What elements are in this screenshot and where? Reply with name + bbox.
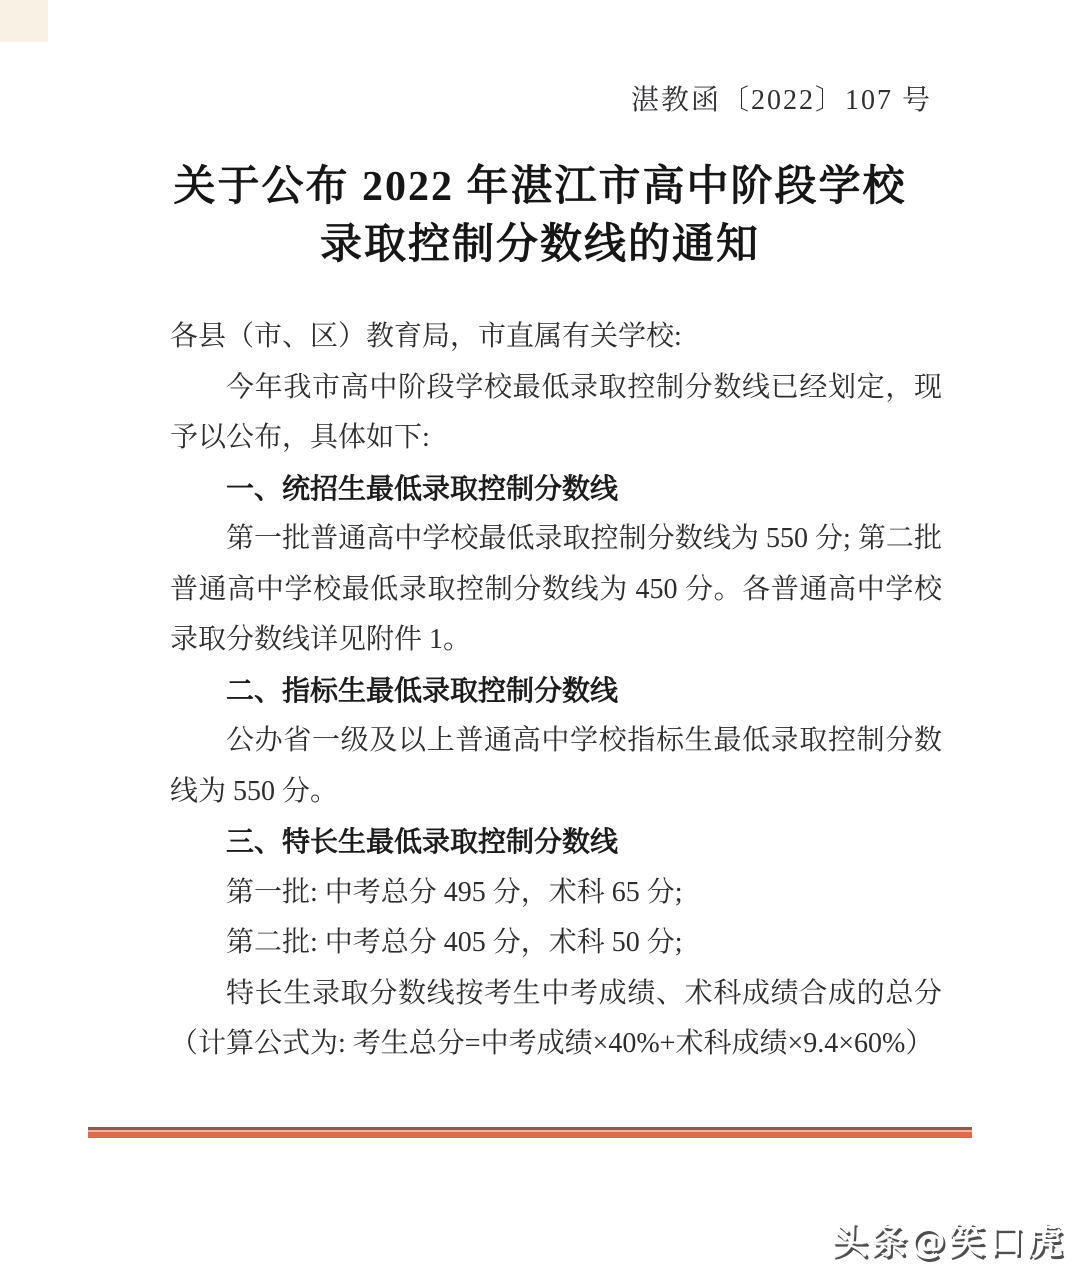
formula-paragraph: 特长生录取分数线按考生中考成绩、术科成绩合成的总分（计算公式为: 考生总分=中考… <box>170 969 942 1070</box>
section-heading-2: 二、指标生最低录取控制分数线 <box>170 666 942 717</box>
batch-2-score-line: 第二批: 中考总分 405 分，术科 50 分; <box>170 918 942 969</box>
red-separator-line <box>88 1127 972 1138</box>
notice-body: 各县（市、区）教育局，市直属有关学校: 今年我市高中阶段学校最低录取控制分数线已… <box>170 312 942 1070</box>
section-1-paragraph: 第一批普通高中学校最低录取控制分数线为 550 分; 第二批普通高中学校最低录取… <box>170 514 942 666</box>
notice-title-line1: 关于公布 2022 年湛江市高中阶段学校 <box>0 158 1080 216</box>
notice-title-line2: 录取控制分数线的通知 <box>0 216 1080 274</box>
intro-paragraph: 今年我市高中阶段学校最低录取控制分数线已经划定，现予以公布，具体如下: <box>170 363 942 464</box>
section-2-paragraph: 公办省一级及以上普通高中学校指标生最低录取控制分数线为 550 分。 <box>170 716 942 817</box>
scan-corner-artifact <box>0 0 48 42</box>
separator-thick-line <box>88 1132 972 1138</box>
document-reference-number: 湛教函〔2022〕107 号 <box>631 78 932 118</box>
notice-title: 关于公布 2022 年湛江市高中阶段学校 录取控制分数线的通知 <box>0 158 1080 274</box>
batch-1-score-line: 第一批: 中考总分 495 分，术科 65 分; <box>170 868 942 919</box>
section-heading-1: 一、统招生最低录取控制分数线 <box>170 464 942 515</box>
section-heading-3: 三、特长生最低录取控制分数线 <box>170 817 942 868</box>
toutiao-watermark: 头条@笑口虎 <box>832 1213 1066 1264</box>
salutation: 各县（市、区）教育局，市直属有关学校: <box>170 312 942 363</box>
